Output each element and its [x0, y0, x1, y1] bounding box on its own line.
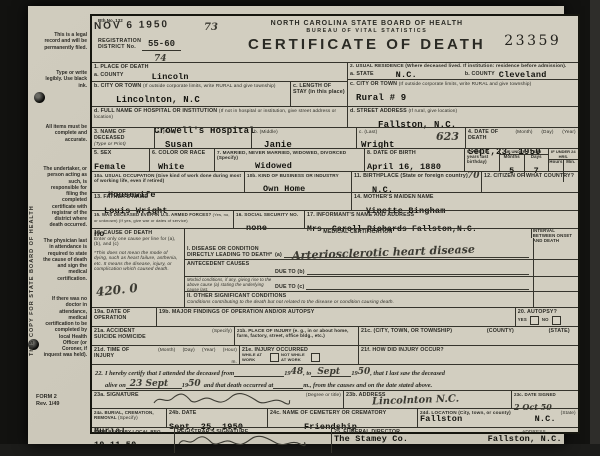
findings-label: 19b. MAJOR FINDINGS OF OPERATION AND/OR … [159, 309, 513, 315]
form-header: Bth No. 132 NOV 6 1950 73 REGISTRATION D… [92, 16, 578, 62]
usual-residence-label: 2. USUAL RESIDENCE (Where deceased lived… [350, 64, 576, 70]
physician-address-cell: 23b. ADDRESS Lincolnton N.C. [343, 391, 511, 408]
last-name-cell: c. (Last) Wright 623 [356, 128, 465, 148]
certify-number: 22. [95, 370, 103, 377]
registration-district-label: REGISTRATION DISTRICT No. [98, 38, 142, 51]
not-while-at-work-label: NOT WHILE AT WORK [281, 353, 309, 362]
morbid-conditions-note: Morbid conditions, if any, giving rise t… [187, 278, 275, 292]
interval-c-cell [533, 277, 578, 291]
minutes-label: Min. [564, 160, 578, 165]
age-cell: 9. AGE (In years last birthday) 70 [464, 149, 499, 171]
city-town-note: (If outside corporate limits, write RURA… [143, 83, 276, 88]
time-of-injury-parens: (Month) (Day) (Year) (Hour) [158, 347, 237, 352]
operation-autopsy-row: 19a. DATE OF OPERATION 19b. MAJOR FINDIN… [92, 307, 578, 326]
name-label-cell: 3. NAME OF DECEASED (Type or Print) [92, 128, 154, 148]
margin-note: The undertaker, or person acting as such… [43, 166, 87, 229]
autopsy-cell: 20. AUTOPSY? YES NO [515, 308, 578, 326]
due-to-c-label: DUE TO (c) [275, 284, 304, 290]
cause-left-column: 18. CAUSE OF DEATH Enter only one cause … [92, 229, 184, 307]
burial-location-cell: 24d. LOCATION (City, town, or county) (S… [417, 409, 578, 427]
place-of-death-label: 1. PLACE OF DEATH [94, 64, 345, 70]
interval-ii-cell [533, 292, 578, 307]
date-of-death-cell: 4. DATE OF DEATH (Month) (Day) (Year) Se… [465, 128, 578, 148]
hours-label: Hours [549, 160, 563, 165]
time-of-injury-label: 21d. TIME OF INJURY [94, 347, 130, 359]
marital-label: 7. MARRIED, NEVER MARRIED, WIDOWED, DIVO… [217, 150, 362, 161]
burial-cell: 24a. BURIAL, CREMATION, REMOVAL (Specify… [92, 409, 166, 427]
line-a-label: (a) [275, 252, 282, 258]
form-number-line: FORM 2 [36, 394, 59, 401]
injury-county-label: (COUNTY) [487, 328, 514, 334]
signature-label: 23a. SIGNATURE [94, 392, 139, 398]
county-value: Lincoln [152, 73, 189, 82]
registration-district: REGISTRATION DISTRICT No. 55-60 [98, 38, 181, 51]
injury-row-2: 21d. TIME OF INJURY (Month) (Day) (Year)… [92, 345, 578, 364]
scan-edge-strip [590, 0, 600, 456]
burial-row: 24a. BURIAL, CREMATION, REMOVAL (Specify… [92, 408, 578, 427]
type-or-print-note: (Type or Print) [94, 141, 152, 146]
cemetery-cell: 24c. NAME OF CEMETERY OR CREMATORY Frien… [267, 409, 417, 427]
handwritten-mark: 73 [204, 22, 218, 33]
certify-text-2: , to [303, 370, 311, 377]
sex-label: 5. SEX [94, 150, 147, 156]
informant-label: 17. INFORMANT'S NAME AND ADDRESS [307, 212, 576, 218]
cause-of-death-section: 18. CAUSE OF DEATH Enter only one cause … [92, 228, 578, 307]
handwritten-cause-code: 420. 0 [95, 281, 138, 299]
certification-statement: 22. I hereby certify that I attended the… [92, 364, 578, 390]
residence-city-label: c. CITY OR TOWN (If outside corporate li… [350, 81, 576, 87]
burial-date-cell: 24b. DATE Sept. 25, 1950 [166, 409, 267, 427]
certify-text-4: alive on [105, 382, 126, 389]
margin-note: Type or write legibly. Use black ink. [43, 70, 87, 89]
funeral-director-value: The Stamey Co. [334, 435, 408, 444]
death-certificate-form: Bth No. 132 NOV 6 1950 73 REGISTRATION D… [90, 14, 580, 434]
margin-note: This is a legal record and will be perma… [43, 32, 87, 51]
accident-specify-note: (Specify) [212, 328, 232, 333]
ssn-cell: 16. SOCIAL SECURITY NO. none [233, 211, 304, 228]
usual-residence-block: 2. USUAL RESIDENCE (Where deceased lived… [347, 63, 578, 127]
certify-text-5: and that death occurred at [204, 382, 274, 389]
occupation-row: 10a. USUAL OCCUPATION (Give kind of work… [92, 171, 578, 192]
dob-label: 8. DATE OF BIRTH [367, 150, 462, 156]
informant-cell: 17. INFORMANT'S NAME AND ADDRESS Mrs. Ca… [304, 211, 578, 228]
margin-note: If there was no doctor in attendance, me… [43, 296, 87, 359]
handwritten-last-seen: 23 Sept [130, 379, 168, 389]
date-received-label: DATE REC'D BY LOCAL REG. [94, 429, 172, 434]
medical-certification-column: MEDICAL CERTIFICATION INTERVAL BETWEEN O… [184, 229, 578, 307]
burial-specify-note: (Specify) [118, 415, 138, 420]
middle-name-cell: b. (Middle) Janie [251, 128, 356, 148]
vitals-row: 5. SEX Female 6. COLOR OR RACE White 7. … [92, 148, 578, 171]
street-note: (If rural, give location) [408, 108, 457, 113]
bureau-name: BUREAU OF VITAL STATISTICS [248, 28, 486, 34]
street-label: d. STREET ADDRESS (If rural, give locati… [350, 108, 576, 114]
degree-title-note: (Degree or title) [306, 392, 341, 397]
occupation-cell: 10a. USUAL OCCUPATION (Give kind of work… [92, 172, 244, 192]
margin-note: The physician last in attendance is requ… [43, 238, 87, 282]
marital-cell: 7. MARRIED, NEVER MARRIED, WIDOWED, DIVO… [214, 149, 364, 171]
injury-row-1: 21a. ACCIDENT SUICIDE HOMICIDE (Specify)… [92, 326, 578, 345]
funeral-director-address-value: Fallston, N.C. [488, 435, 562, 444]
cause-note1: Enter only one cause per line for (a), (… [94, 236, 182, 247]
received-date-stamp: NOV 6 1950 [94, 19, 169, 32]
armed-forces-label: 15. WAS DECEASED EVER IN U.S. ARMED FORC… [94, 212, 231, 223]
certify-text-3: , that I last saw the deceased [370, 370, 445, 377]
interval-b-cell [533, 260, 578, 276]
burial-location-state-value: N.C. [535, 415, 556, 424]
registrar-signature-scribble [177, 435, 307, 447]
how-injury-cell: 21f. HOW DID INJURY OCCUR? [358, 346, 578, 364]
left-margin-instructions: This is a legal record and will be perma… [28, 6, 90, 444]
injury-location-cell: 21c. (CITY, TOWN, OR TOWNSHIP) (COUNTY) … [358, 327, 578, 345]
sex-cell: 5. SEX Female [92, 149, 149, 171]
place-residence-section: 1. PLACE OF DEATH a. COUNTY Lincoln b. C… [92, 62, 578, 127]
under-one-year-cell: IF UNDER 1 YEAR Months 5 Days 7 [499, 149, 548, 171]
disease-condition-label: I. DISEASE OR CONDITION DIRECTLY LEADING… [187, 246, 275, 258]
autopsy-yes-label: YES [518, 318, 527, 323]
header-right: 23359 [488, 16, 578, 62]
autopsy-label: 20. AUTOPSY? [518, 309, 576, 315]
how-injury-label: 21f. HOW DID INJURY OCCUR? [361, 347, 576, 353]
injury-state-label: (STATE) [549, 328, 570, 334]
business-label: 10b. KIND OF BUSINESS OR INDUSTRY [247, 173, 349, 178]
date-signed-label: 23c. DATE SIGNED [514, 392, 576, 397]
handwritten-month-to: Sept [317, 367, 340, 377]
burial-date-label: 24b. DATE [169, 410, 265, 416]
place-of-death-block: 1. PLACE OF DEATH a. COUNTY Lincoln b. C… [92, 63, 347, 127]
date-received-value: 10-11-50 [94, 440, 136, 450]
autopsy-no-label: NO [542, 318, 549, 323]
date-of-death-label: 4. DATE OF DEATH [468, 129, 515, 141]
death-certificate-document: This is a legal record and will be perma… [28, 6, 564, 444]
marital-value: Widowed [255, 162, 292, 171]
burial-location-state-note: (State) [561, 410, 576, 415]
certificate-title: CERTIFICATE OF DEATH [248, 36, 486, 53]
under-24h-cell: IF UNDER 24 HRS. Hours Min. [548, 149, 578, 171]
residence-city-note: (If outside corporate limits, write RURA… [399, 81, 532, 86]
burial-location-town-value: Fallston [420, 415, 462, 424]
armed-forces-cell: 15. WAS DECEASED EVER IN U.S. ARMED FORC… [92, 211, 233, 228]
place-of-injury-cell: 21b. PLACE OF INJURY (e. g., in or about… [234, 327, 358, 345]
signature-row: 23a. SIGNATURE (Degree or title) 23b. AD… [92, 390, 578, 408]
medical-certification-label: MEDICAL CERTIFICATION [185, 229, 531, 235]
physician-signature-cell: 23a. SIGNATURE (Degree or title) [92, 391, 343, 408]
while-at-work-checkbox [270, 353, 279, 362]
handwritten-year-from: 48 [291, 367, 304, 377]
certify-text-1: I hereby certify that I attended the dec… [105, 370, 234, 377]
cemetery-label: 24c. NAME OF CEMETERY OR CREMATORY [270, 410, 415, 416]
operation-date-label: 19a. DATE OF OPERATION [94, 309, 154, 321]
injury-city-label: 21c. (CITY, TOWN, OR TOWNSHIP) [361, 328, 452, 334]
interval-a-cell [533, 238, 578, 259]
form-number: FORM 2 Rev. 1/49 [36, 394, 59, 408]
business-cell: 10b. KIND OF BUSINESS OR INDUSTRY Own Ho… [244, 172, 351, 192]
first-name-label: a. (First) [157, 129, 249, 134]
armed-forces-label-text: 15. WAS DECEASED EVER IN U.S. ARMED FORC… [94, 212, 211, 217]
race-cell: 6. COLOR OR RACE White [149, 149, 214, 171]
citizenship-label: 12. CITIZEN OF WHAT COUNTRY? [484, 173, 576, 179]
accident-cell: 21a. ACCIDENT SUICIDE HOMICIDE (Specify) [92, 327, 234, 345]
occupation-label: 10a. USUAL OCCUPATION (Give kind of work… [94, 173, 242, 184]
registrar-row: DATE REC'D BY LOCAL REG. 10-11-50 REGIST… [92, 427, 578, 453]
city-town-value: Lincolnton, N.C [116, 95, 200, 105]
not-while-at-work-checkbox [311, 353, 320, 362]
due-to-b-label: DUE TO (b) [275, 269, 305, 275]
autopsy-no-checkbox [552, 316, 561, 325]
hospital-label: d. FULL NAME OF HOSPITAL OR INSTITUTION … [94, 108, 345, 120]
autopsy-yes-checkbox [530, 316, 539, 325]
while-at-work-label: WHILE AT WORK [242, 353, 268, 362]
certify-text-6: m., from the causes and on the date stat… [303, 382, 432, 389]
race-label: 6. COLOR OR RACE [152, 150, 212, 156]
form-revision: Rev. 1/49 [36, 401, 59, 408]
father-cell: 13. FATHER'S NAME Louis Wright [92, 193, 351, 210]
mother-label: 14. MOTHER'S MAIDEN NAME [354, 194, 576, 200]
middle-name-label: b. (Middle) [254, 129, 354, 134]
days-label: Days [525, 155, 549, 160]
state-label: a. STATE [350, 71, 374, 80]
agency-name: NORTH CAROLINA STATE BOARD OF HEALTH [248, 20, 486, 27]
service-informant-row: 15. WAS DECEASED EVER IN U.S. ARMED FORC… [92, 210, 578, 228]
residence-city-value: Rural # 9 [356, 93, 406, 103]
first-name-cell: a. (First) Susan [154, 128, 251, 148]
county-label: a. COUNTY [94, 72, 124, 78]
name-of-deceased-label: 3. NAME OF DECEASED [94, 129, 152, 141]
margin-note: All items must be complete and accurate. [43, 124, 87, 143]
father-label: 13. FATHER'S NAME [94, 194, 349, 200]
dob-cell: 8. DATE OF BIRTH April 16, 1880 [364, 149, 464, 171]
date-signed-cell: 23c. DATE SIGNED 2 Oct 50 [511, 391, 578, 408]
state-value: N.C. [396, 71, 417, 80]
antecedent-causes-label: ANTECEDENT CAUSES [187, 261, 275, 267]
birthplace-label: 11. BIRTHPLACE (State or foreign country… [354, 173, 479, 179]
date-of-death-parens: (Month) (Day) (Year) [515, 129, 575, 134]
city-town-label: b. CITY OR TOWN (If outside corporate li… [94, 83, 288, 89]
operation-date-cell: 19a. DATE OF OPERATION [92, 308, 156, 326]
injury-occurred-cell: 21e. INJURY OCCURRED WHILE AT WORK NOT W… [239, 346, 358, 364]
certificate-number: 23359 [490, 33, 576, 49]
months-label: Months [500, 155, 524, 160]
header-left: Bth No. 132 NOV 6 1950 73 REGISTRATION D… [92, 16, 246, 62]
copy-designation-vertical-text: THIS COPY FOR STATE BOARD OF HEALTH [29, 126, 35, 356]
age-label: 9. AGE (In years last birthday) [467, 150, 497, 165]
handwritten-year-seen: 50 [188, 379, 201, 389]
findings-cell: 19b. MAJOR FINDINGS OF OPERATION AND/OR … [156, 308, 515, 326]
funeral-director-cell: 25. FUNERAL DIRECTOR ADDRESS The Stamey … [331, 428, 578, 453]
city-town-label-text: b. CITY OR TOWN [94, 83, 141, 89]
burial-label: 24a. BURIAL, CREMATION, REMOVAL (Specify… [94, 410, 164, 420]
time-of-injury-cell: 21d. TIME OF INJURY (Month) (Day) (Year)… [92, 346, 239, 364]
date-received-cell: DATE REC'D BY LOCAL REG. 10-11-50 [92, 428, 174, 453]
registrar-signature-cell: REGISTRAR'S SIGNATURE [174, 428, 331, 453]
residence-city-label-text: c. CITY OR TOWN [350, 81, 397, 87]
mother-cell: 14. MOTHER'S MAIDEN NAME Vinette Bingham [351, 193, 578, 210]
length-of-stay-label: c. LENGTH OF STAY (in this place) [293, 83, 345, 95]
name-row: 3. NAME OF DECEASED (Type or Print) a. (… [92, 127, 578, 148]
parents-row: 13. FATHER'S NAME Louis Wright 14. MOTHE… [92, 192, 578, 210]
cause-note2: *This does not mean the mode of dying, s… [94, 250, 182, 272]
other-conditions-note: Conditions contributing to the death but… [187, 299, 531, 304]
accident-label: 21a. ACCIDENT SUICIDE HOMICIDE [94, 328, 154, 340]
residence-county-label: b. COUNTY [465, 71, 495, 80]
header-center: NORTH CAROLINA STATE BOARD OF HEALTH BUR… [246, 16, 488, 62]
physician-signature-scribble [152, 392, 292, 406]
handwritten-address: Lincolnton N.C. [372, 393, 460, 407]
street-label-text: d. STREET ADDRESS [350, 108, 407, 114]
registration-district-value: 55-60 [142, 39, 181, 51]
citizenship-cell: 12. CITIZEN OF WHAT COUNTRY? [481, 172, 578, 192]
birthplace-cell: 11. BIRTHPLACE (State or foreign country… [351, 172, 481, 192]
place-of-injury-label: 21b. PLACE OF INJURY (e. g., in or about… [237, 328, 356, 339]
handwritten-year-to: 50 [358, 367, 371, 377]
handwritten-file-number: 623 [436, 130, 459, 143]
residence-county-value: Cleveland [499, 71, 547, 80]
ssn-label: 16. SOCIAL SECURITY NO. [236, 212, 302, 217]
